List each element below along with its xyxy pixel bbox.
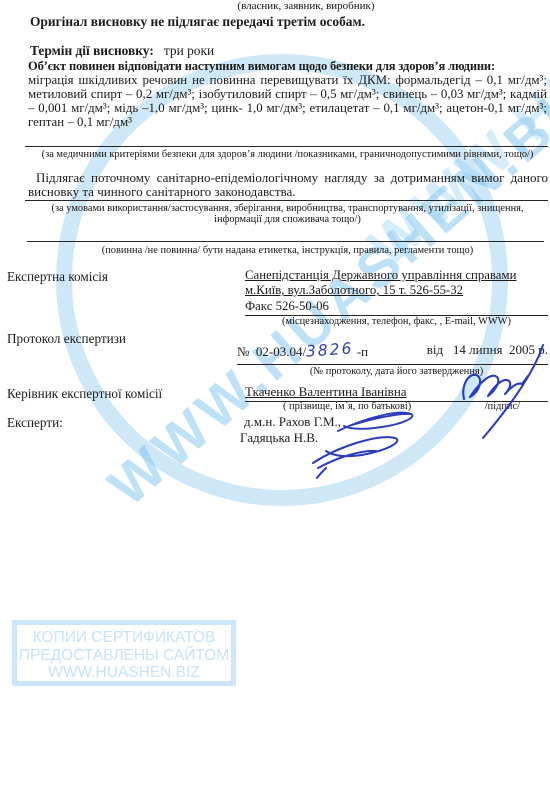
- expert-name-2: Гадяцька Н.В.: [240, 430, 318, 446]
- requirements-paragraph: Об’єкт повинен відповідати наступним вим…: [28, 60, 547, 130]
- medical-criteria-caption: (за медичними критеріями безпеки для здо…: [30, 149, 545, 160]
- organization-address: м.Київ, вул.Заболотного, 15 т. 526-55-32: [245, 283, 548, 298]
- term-value: три роки: [164, 43, 214, 58]
- term-line: Термін дії висновку: три роки: [30, 43, 214, 59]
- protocol-number-prefix: № 02-03.04/: [237, 344, 306, 359]
- supervision-statement: Підлягає поточному санітарно-епідеміолог…: [28, 171, 548, 199]
- head-of-commission-captions: ( прізвище, ім`я, по батькові) /підпис/: [245, 401, 548, 412]
- owner-caption: (власник, заявник, виробник): [62, 1, 550, 12]
- usage-conditions-caption: (за умовами використання/застосування, з…: [30, 203, 545, 225]
- protocol-number-line: № 02-03.04/3826 -п від 14 липня 2005 р.: [237, 342, 548, 365]
- divider-line-1: [25, 146, 548, 147]
- commission-organization: Санепідстанція Державного управління спр…: [245, 268, 548, 316]
- name-caption: ( прізвище, ім`я, по батькові): [283, 401, 411, 412]
- protocol-caption: (№ протоколу, дата його затвердження): [245, 366, 548, 377]
- organization-fax: Факс 526-50-06: [245, 299, 548, 314]
- requirements-heading: Об’єкт повинен відповідати наступним вим…: [28, 60, 547, 74]
- expert-commission-label: Експертна комісія: [7, 269, 108, 285]
- document-page: WWW.HUASHEN.BIZ WWW.HUASHEN.BIZ КОПИИ СЕ…: [0, 0, 550, 800]
- head-of-commission-name: Ткаченко Валентина Іванівна: [245, 384, 407, 399]
- document-content: (власник, заявник, виробник) Оригінал ви…: [0, 0, 550, 800]
- organization-caption: (місцезнаходження, телефон, факс, , E-ma…: [245, 316, 548, 327]
- protocol-number-suffix: -п: [354, 344, 369, 359]
- requirements-body: міграція шкідливих речовин не повинна пе…: [28, 74, 547, 130]
- experts-label: Експерти:: [7, 415, 63, 431]
- divider-line-3: [27, 241, 544, 242]
- label-requirement-caption: (повинна /не повинна/ бути надана етикет…: [30, 245, 545, 256]
- term-label: Термін дії висновку:: [30, 43, 154, 58]
- signature-caption: /підпис/: [485, 401, 520, 412]
- divider-line-2: [25, 200, 548, 201]
- head-of-commission-name-line: Ткаченко Валентина Іванівна: [245, 384, 548, 402]
- protocol-handwritten-number: 3826: [305, 339, 354, 360]
- protocol-label: Протокол експертизи: [7, 331, 126, 347]
- head-of-commission-label: Керівник експертної комісії: [7, 386, 162, 402]
- organization-name: Санепідстанція Державного управління спр…: [245, 268, 548, 283]
- original-statement: Оригінал висновку не підлягає передачі т…: [30, 14, 365, 30]
- protocol-number: № 02-03.04/3826 -п: [237, 342, 368, 360]
- expert-name-1: д.м.н. Рахов Г.М.,: [244, 414, 341, 430]
- protocol-date: від 14 липня 2005 р.: [427, 342, 548, 360]
